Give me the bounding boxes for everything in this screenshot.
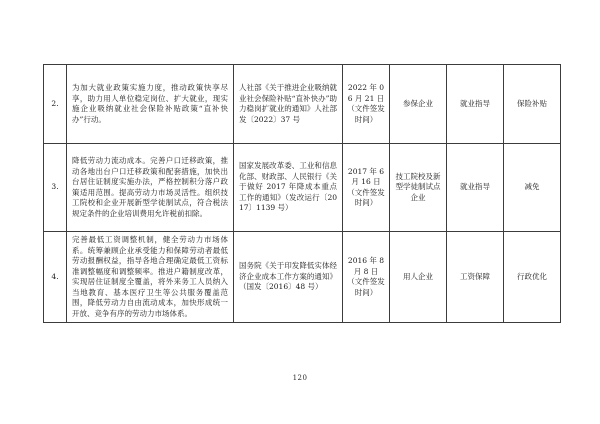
category-cell: 就业指导 — [447, 65, 504, 144]
category-cell: 就业指导 — [447, 144, 504, 232]
row-number-cell: 3. — [44, 144, 67, 232]
document-cell: 国家发展改革委、工业和信息化部、财政部、人民银行《关于做好 2017 年降成本重… — [234, 144, 343, 232]
document-cell: 人社部《关于推进企业吸纳就业社会保险补贴“直补快办”助力稳岗扩就业的通知》人社部… — [234, 65, 343, 144]
type-cell: 行政优化 — [504, 232, 561, 323]
target-cell: 技工院校及新型学徒制试点企业 — [390, 144, 447, 232]
row-number-cell: 4. — [44, 232, 67, 323]
measure-cell: 降低劳动力流动成本。完善户口迁移政策，推动各地出台户口迁移政策和配套措施，加快出… — [67, 144, 234, 232]
target-cell: 参保企业 — [390, 65, 447, 144]
date-cell: 2017 年 6 月 16 日（文件签发时间） — [343, 144, 390, 232]
date-cell: 2016 年 8 月 8 日（文件签发时间） — [343, 232, 390, 323]
measure-cell: 完善最低工资调整机制，健全劳动力市场体系。统筹兼顾企业承受能力和保障劳动者最低劳… — [67, 232, 234, 323]
measure-cell: 为加大就业政策实施力度，推动政策快享尽享，助力用人单位稳定岗位、扩大就业，现实施… — [67, 65, 234, 144]
table-row: 3. 降低劳动力流动成本。完善户口迁移政策，推动各地出台户口迁移政策和配套措施，… — [44, 144, 561, 232]
table-row: 2. 为加大就业政策实施力度，推动政策快享尽享，助力用人单位稳定岗位、扩大就业，… — [44, 65, 561, 144]
category-cell: 工资保障 — [447, 232, 504, 323]
page-number: 120 — [0, 374, 600, 382]
table-row: 4. 完善最低工资调整机制，健全劳动力市场体系。统筹兼顾企业承受能力和保障劳动者… — [44, 232, 561, 323]
document-cell: 国务院《关于印发降低实体经济企业成本工作方案的通知》（国发〔2016〕48 号） — [234, 232, 343, 323]
policy-table: 2. 为加大就业政策实施力度，推动政策快享尽享，助力用人单位稳定岗位、扩大就业，… — [43, 64, 561, 323]
row-number-cell: 2. — [44, 65, 67, 144]
date-cell: 2022 年 06 月 21 日（文件签发时间） — [343, 65, 390, 144]
document-page: 2. 为加大就业政策实施力度，推动政策快享尽享，助力用人单位稳定岗位、扩大就业，… — [0, 0, 600, 424]
type-cell: 减免 — [504, 144, 561, 232]
type-cell: 保险补贴 — [504, 65, 561, 144]
target-cell: 用人企业 — [390, 232, 447, 323]
